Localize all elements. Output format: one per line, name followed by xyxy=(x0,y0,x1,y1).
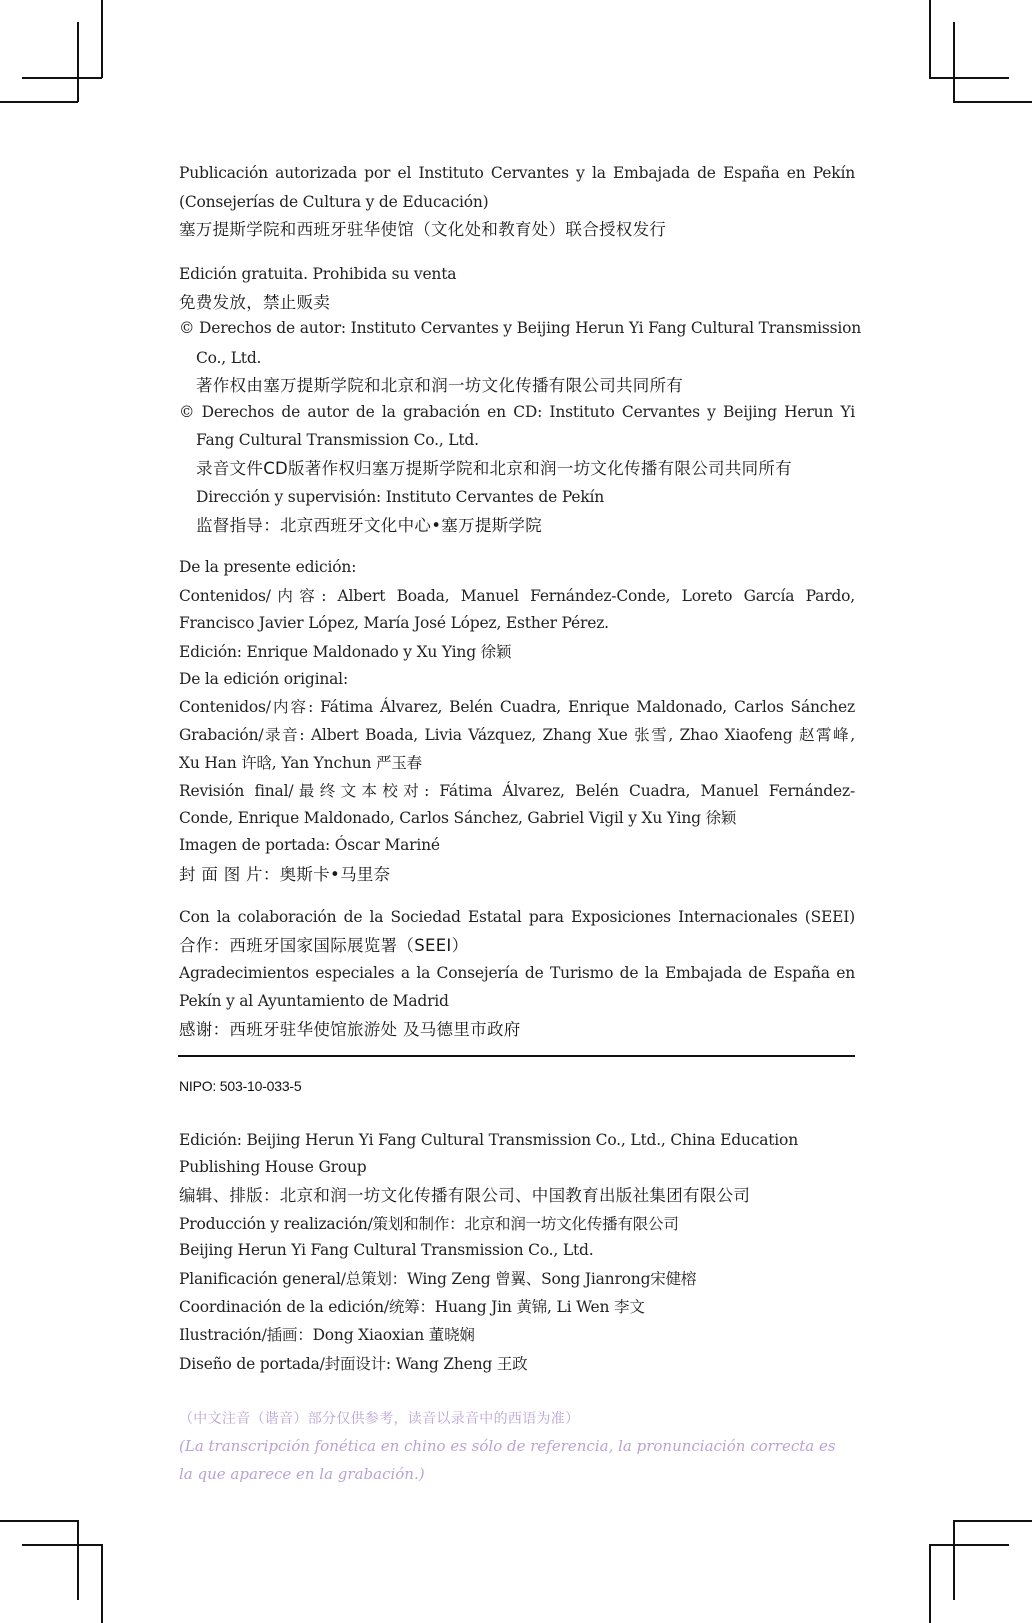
copyright-line: Xu Han 许晗, Yan Ynchun 严玉春 xyxy=(179,753,422,773)
credit-line: Coordinación de la edición/统筹：Huang Jin … xyxy=(179,1297,645,1317)
copyright-line: Grabación/录音: Albert Boada, Livia Vázque… xyxy=(179,725,855,745)
copyright-line: 塞万提斯学院和西班牙驻华使馆（文化处和教育处）联合授权发行 xyxy=(179,220,666,240)
copyright-line: 著作权由塞万提斯学院和北京和润一坊文化传播有限公司共同所有 xyxy=(196,376,683,396)
crop-mark-tl-h1 xyxy=(22,77,102,79)
crop-mark-bl-h1 xyxy=(0,1520,78,1522)
copyright-line: 感谢：西班牙驻华使馆旅游处 及马德里市政府 xyxy=(179,1020,521,1040)
credit-line: Producción y realización/策划和制作：北京和润一坊文化传… xyxy=(179,1214,679,1234)
copyright-line: Contenidos/内容: Albert Boada, Manuel Fern… xyxy=(179,586,855,606)
copyright-line: 免费发放，禁止贩卖 xyxy=(179,293,330,313)
copyright-line: Contenidos/内容: Fátima Álvarez, Belén Cua… xyxy=(179,697,855,717)
note-line: la que aparece en la grabación.) xyxy=(179,1464,425,1484)
copyright-line: De la presente edición: xyxy=(179,557,356,577)
crop-mark-tr-h1 xyxy=(929,77,1009,79)
credit-line: 编辑、排版：北京和润一坊文化传播有限公司、中国教育出版社集团有限公司 xyxy=(179,1186,750,1206)
copyright-line: Publicación autorizada por el Instituto … xyxy=(179,163,855,183)
copyright-line: © Derechos de autor de la grabación en C… xyxy=(179,402,855,422)
crop-mark-tl-h2 xyxy=(0,101,78,103)
copyright-line: Francisco Javier López, María José López… xyxy=(179,613,609,633)
crop-mark-br-v1 xyxy=(953,1520,955,1600)
note-line: (La transcripción fonética en chino es s… xyxy=(179,1436,836,1456)
copyright-line: 监督指导：北京西班牙文化中心•塞万提斯学院 xyxy=(196,516,542,536)
crop-mark-bl-v2 xyxy=(101,1544,103,1623)
copyright-line: Imagen de portada: Óscar Mariné xyxy=(179,835,440,855)
copyright-line: De la edición original: xyxy=(179,669,348,689)
copyright-line: Agradecimientos especiales a la Consejer… xyxy=(179,963,855,983)
copyright-line: Edición: Enrique Maldonado y Xu Ying 徐颖 xyxy=(179,642,511,662)
crop-mark-br-h1 xyxy=(953,1520,1032,1522)
credit-line: Edición: Beijing Herun Yi Fang Cultural … xyxy=(179,1130,798,1150)
copyright-line: © Derechos de autor: Instituto Cervantes… xyxy=(179,318,855,338)
note-line: （中文注音（谐音）部分仅供参考，读音以录音中的西语为准） xyxy=(179,1409,579,1429)
copyright-line: 录音文件CD版著作权归塞万提斯学院和北京和润一坊文化传播有限公司共同所有 xyxy=(196,459,792,479)
crop-mark-tr-v2 xyxy=(953,22,955,102)
credit-line: Ilustración/插画：Dong Xiaoxian 董晓娴 xyxy=(179,1325,475,1345)
credit-line: Planificación general/总策划：Wing Zeng 曾翼、S… xyxy=(179,1269,696,1289)
crop-mark-bl-v1 xyxy=(77,1520,79,1600)
copyright-line: Con la colaboración de la Sociedad Estat… xyxy=(179,907,855,927)
crop-mark-tl-v1 xyxy=(77,22,79,102)
copyright-line: Pekín y al Ayuntamiento de Madrid xyxy=(179,991,449,1011)
credit-line: Publishing House Group xyxy=(179,1157,367,1177)
copyright-line: Dirección y supervisión: Instituto Cerva… xyxy=(196,487,604,507)
crop-mark-tr-v1 xyxy=(929,0,931,78)
copyright-line: 合作：西班牙国家国际展览署（SEEI） xyxy=(179,936,468,956)
copyright-line: Co., Ltd. xyxy=(196,348,261,368)
credit-line: Diseño de portada/封面设计: Wang Zheng 王政 xyxy=(179,1354,527,1374)
crop-mark-tl-v2 xyxy=(101,0,103,78)
copyright-line: Revisión final/最终文本校对: Fátima Álvarez, B… xyxy=(179,781,855,801)
crop-mark-br-v2 xyxy=(929,1544,931,1623)
copyright-line: Fang Cultural Transmission Co., Ltd. xyxy=(196,430,479,450)
crop-mark-tr-h2 xyxy=(953,101,1032,103)
copyright-line: Conde, Enrique Maldonado, Carlos Sánchez… xyxy=(179,808,736,828)
copyright-line: (Consejerías de Cultura y de Educación) xyxy=(179,192,488,212)
crop-mark-br-h2 xyxy=(929,1544,1009,1546)
copyright-line: 封 面 图 片：奥斯卡•马里奈 xyxy=(179,865,390,885)
crop-mark-bl-h2 xyxy=(22,1544,102,1546)
horizontal-rule xyxy=(178,1055,855,1057)
nipo-number: NIPO: 503-10-033-5 xyxy=(179,1076,301,1096)
credit-line: Beijing Herun Yi Fang Cultural Transmiss… xyxy=(179,1240,593,1260)
copyright-line: Edición gratuita. Prohibida su venta xyxy=(179,264,456,284)
